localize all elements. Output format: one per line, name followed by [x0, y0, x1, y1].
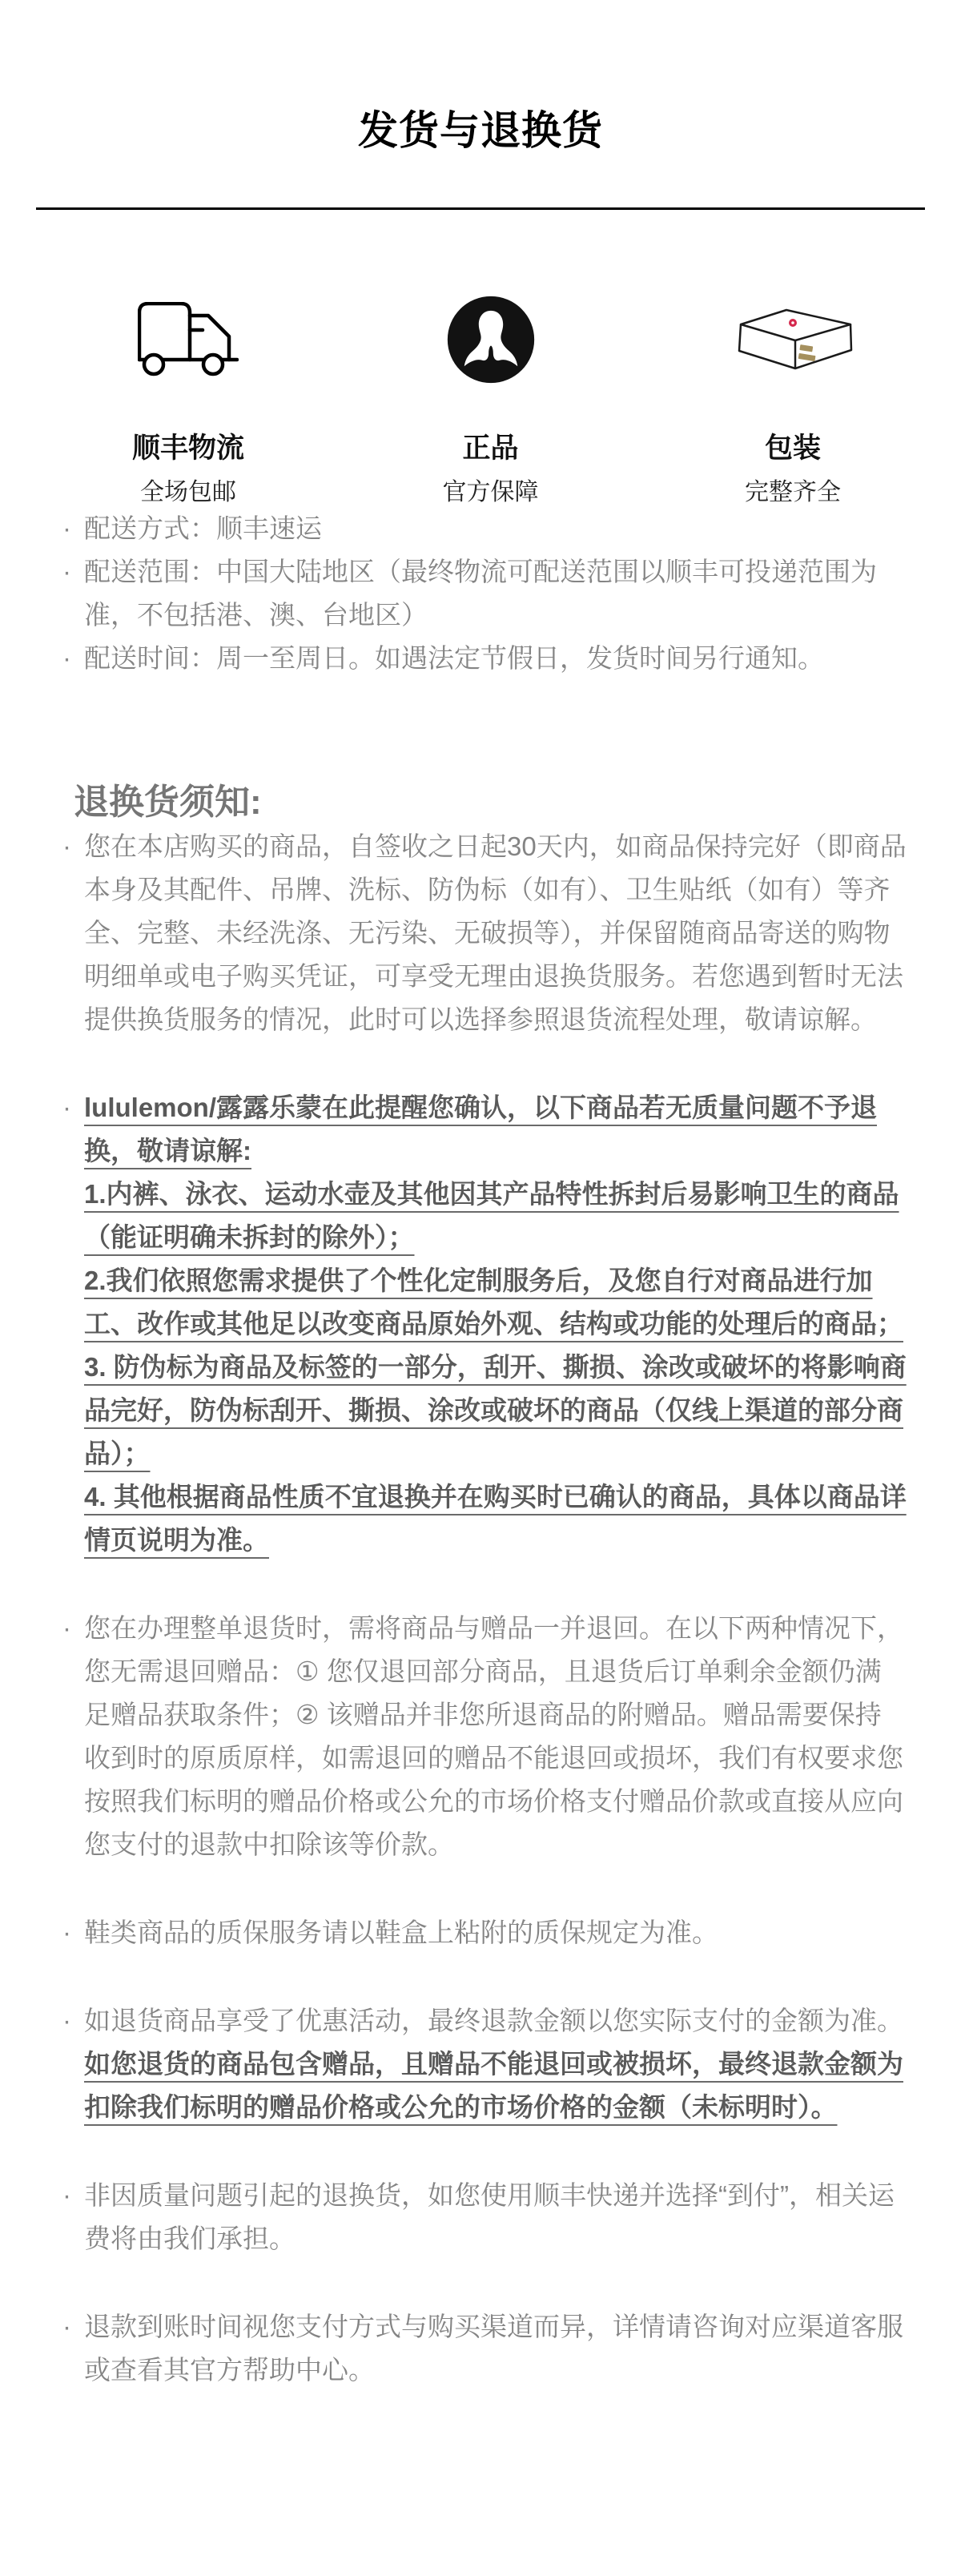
package-box-icon [673, 294, 913, 385]
returns-item: 您在本店购买的商品，自签收之日起30天内，如商品保持完好（即商品本身及其配件、吊… [84, 825, 907, 1041]
feature-subtitle: 完整齐全 [673, 478, 913, 507]
returns-emphasis-line: 2.我们依照您需求提供了个性化定制服务后，及您自行对商品进行加工、改作或其他足以… [84, 1259, 907, 1346]
returns-list: 您在本店购买的商品，自签收之日起30天内，如商品保持完好（即商品本身及其配件、吊… [84, 825, 907, 2392]
returns-item-emphasis-text: 如您退货的商品包含赠品，且赠品不能退回或被损坏，最终退款金额为扣除我们标明的赠品… [84, 2049, 903, 2122]
shipping-returns-page: 发货与退换货 顺丰物流 全场包邮 [0, 0, 961, 2576]
page-title: 发货与退换货 [0, 107, 961, 155]
returns-item: 如退货商品享受了优惠活动，最终退款金额以您实际支付的金额为准。如您退货的商品包含… [84, 1999, 907, 2129]
shipping-note-item: 配送范围：中国大陆地区（最终物流可配送范围以顺丰可投递范围为准，不包括港、澳、台… [84, 550, 907, 637]
returns-item-text: 非因质量问题引起的退换货，如您使用顺丰快递并选择“到付”，相关运费将由我们承担。 [84, 2180, 895, 2253]
shipping-note-text: 配送方式：顺丰速运 [84, 513, 322, 543]
features-row: 顺丰物流 全场包邮 正品 官方保障 [68, 294, 913, 507]
returns-item-text: 退款到账时间视您支付方式与购买渠道而异，详情请咨询对应渠道客服或查看其官方帮助中… [84, 2312, 903, 2385]
returns-emphasis-line: 1.内裤、泳衣、运动水壶及其他因其产品特性拆封后易影响卫生的商品（能证明确未拆封… [84, 1173, 907, 1259]
shipping-note-item: 配送方式：顺丰速运 [84, 507, 907, 550]
returns-emphasis-line: lululemon/露露乐蒙在此提醒您确认，以下商品若无质量问题不予退换，敬请谅… [84, 1086, 907, 1173]
shipping-notes-list: 配送方式：顺丰速运 配送范围：中国大陆地区（最终物流可配送范围以顺丰可投递范围为… [84, 507, 907, 680]
returns-item-text: 您在本店购买的商品，自签收之日起30天内，如商品保持完好（即商品本身及其配件、吊… [84, 831, 907, 1034]
returns-item: 您在办理整单退货时，需将商品与赠品一并退回。在以下两种情况下，您无需退回赠品：①… [84, 1607, 907, 1866]
feature-subtitle: 全场包邮 [68, 478, 308, 507]
feature-title: 顺丰物流 [68, 432, 308, 465]
divider [36, 207, 925, 210]
feature-subtitle: 官方保障 [371, 478, 611, 507]
returns-item-no-return-policy: lululemon/露露乐蒙在此提醒您确认，以下商品若无质量问题不予退换，敬请谅… [84, 1086, 907, 1562]
feature-title: 包装 [673, 432, 913, 465]
returns-item: 非因质量问题引起的退换货，如您使用顺丰快递并选择“到付”，相关运费将由我们承担。 [84, 2174, 907, 2260]
returns-emphasis-line: 4. 其他根据商品性质不宜退换并在购买时已确认的商品，具体以商品详情页说明为准。 [84, 1475, 907, 1562]
returns-item: 退款到账时间视您支付方式与购买渠道而异，详情请咨询对应渠道客服或查看其官方帮助中… [84, 2305, 907, 2392]
feature-packaging: 包装 完整齐全 [673, 294, 913, 507]
shipping-note-item: 配送时间：周一至周日。如遇法定节假日，发货时间另行通知。 [84, 637, 907, 680]
feature-authentic: 正品 官方保障 [371, 294, 611, 507]
shipping-note-text: 配送范围：中国大陆地区（最终物流可配送范围以顺丰可投递范围为准，不包括港、澳、台… [84, 557, 877, 630]
returns-item-text: 如退货商品享受了优惠活动，最终退款金额以您实际支付的金额为准。 [84, 2006, 903, 2035]
returns-heading: 退换货须知: [74, 780, 961, 825]
returns-emphasis-line: 3. 防伪标为商品及标签的一部分，刮开、撕损、涂改或破坏的将影响商品完好，防伪标… [84, 1346, 907, 1475]
returns-item: 鞋类商品的质保服务请以鞋盒上粘附的质保规定为准。 [84, 1911, 907, 1954]
feature-sf-logistics: 顺丰物流 全场包邮 [68, 294, 308, 507]
shipping-note-text: 配送时间：周一至周日。如遇法定节假日，发货时间另行通知。 [84, 643, 824, 673]
returns-item-text: 您在办理整单退货时，需将商品与赠品一并退回。在以下两种情况下，您无需退回赠品：①… [84, 1613, 903, 1859]
feature-title: 正品 [371, 432, 611, 465]
lululemon-logo-icon [371, 294, 611, 385]
truck-icon [68, 294, 308, 385]
bottom-padding [0, 2392, 961, 2433]
returns-item-text: 鞋类商品的质保服务请以鞋盒上粘附的质保规定为准。 [84, 1918, 718, 1947]
